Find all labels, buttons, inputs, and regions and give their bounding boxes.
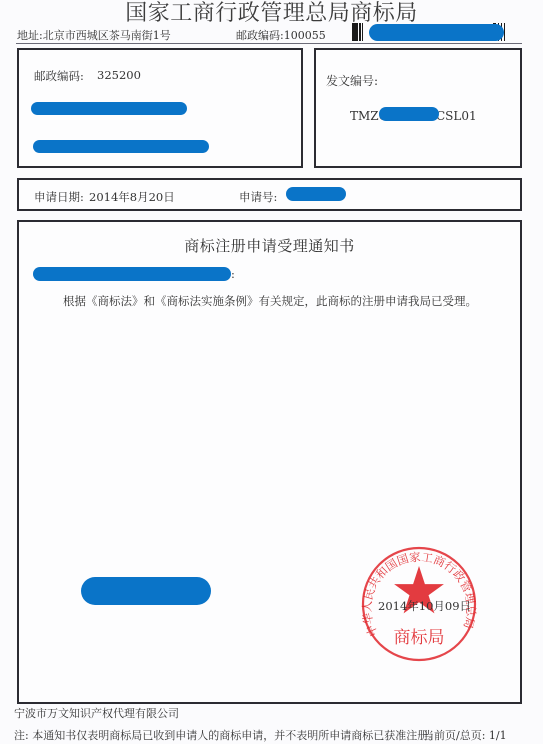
- document-number-suffix: CSL01: [436, 109, 477, 123]
- recipient-postcode-label: 邮政编码:: [34, 68, 84, 84]
- recipient-box: 邮政编码: 325200: [17, 48, 303, 168]
- notice-body: 根据《商标法》和《商标法实施条例》有关规定，此商标的注册申请我局已受理。: [63, 293, 477, 309]
- signature-redaction: [81, 577, 211, 605]
- header-divider: [16, 43, 522, 44]
- application-date-value: 2014年8月20日: [89, 189, 175, 205]
- application-date-label: 申请日期:: [34, 189, 84, 205]
- seal-date: 2014年10月09日: [378, 598, 471, 614]
- agency-name: 宁波市万文知识产权代理有限公司: [14, 705, 179, 721]
- recipient-name-redaction: [33, 140, 209, 153]
- disclaimer-note: 注: 本通知书仅表明商标局已收到申请人的商标申请，并不表明所申请商标已获准注册。: [14, 727, 439, 743]
- barcode-redaction: [369, 24, 504, 41]
- document-number-box: 发文编号: TMZC CSL01: [314, 48, 522, 168]
- application-number-label: 申请号:: [239, 189, 277, 205]
- page-indicator: 当前页/总页: 1/1: [423, 727, 507, 743]
- issuer-postcode: 邮政编码:100055: [236, 27, 326, 43]
- seal-center-text: 商标局: [394, 628, 445, 648]
- official-seal: 中华人民共和国国家工商行政管理总局 商标局 2014年10月09日: [358, 546, 480, 664]
- recipient-postcode-value: 325200: [97, 68, 141, 82]
- issuer-address: 地址:北京市西城区茶马南街1号: [17, 27, 171, 43]
- addressee-redaction: [33, 267, 231, 281]
- application-number-redaction: [286, 187, 346, 201]
- addressee-colon: :: [231, 267, 235, 281]
- application-info-box: 申请日期: 2014年8月20日 申请号:: [17, 178, 522, 211]
- recipient-address-redaction: [31, 102, 187, 115]
- notice-title: 商标注册申请受理通知书: [19, 235, 520, 256]
- barcode: [352, 23, 522, 41]
- document-number-label: 发文编号:: [326, 72, 378, 89]
- document-number-redaction: [379, 107, 439, 121]
